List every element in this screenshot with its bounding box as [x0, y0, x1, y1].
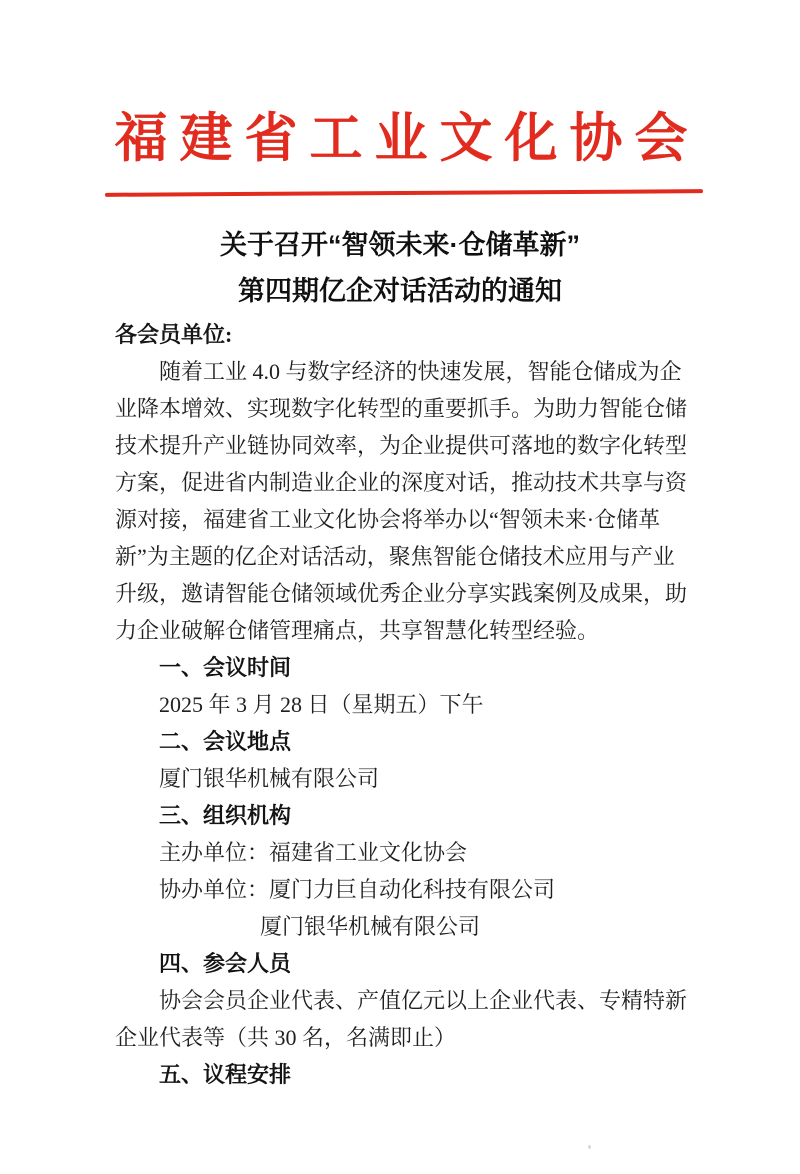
- heading-meeting-venue: 二、会议地点: [115, 723, 695, 760]
- paragraph-line: 升级，邀请智能仓储领域优秀企业分享实践案例及成果，助: [115, 575, 695, 612]
- paragraph-line: 方案，促进省内制造业企业的深度对话，推动技术共享与资: [115, 464, 695, 501]
- co-organizer-second-line: 厦门银华机械有限公司: [115, 908, 695, 945]
- paragraph-line: 随着工业 4.0 与数字经济的快速发展，智能仓储成为企: [115, 353, 695, 390]
- organizer-line: 主办单位：福建省工业文化协会: [115, 834, 695, 871]
- heading-organization: 三、组织机构: [115, 797, 695, 834]
- paragraph-line: 新”为主题的亿企对话活动，聚焦智能仓储技术应用与产业: [115, 538, 695, 575]
- letterhead-rule: [105, 189, 703, 197]
- heading-meeting-time: 一、会议时间: [115, 649, 695, 686]
- meeting-time-value: 2025 年 3 月 28 日（星期五）下午: [115, 686, 695, 723]
- document-title-line1: 关于召开“智领未来·仓储革新”: [0, 222, 800, 268]
- document-title-line2: 第四期亿企对话活动的通知: [0, 268, 800, 314]
- heading-participants: 四、参会人员: [115, 945, 695, 982]
- participants-line: 企业代表等（共 30 名，名满即止）: [115, 1019, 695, 1056]
- co-organizer-line: 协办单位：厦门力巨自动化科技有限公司: [115, 871, 695, 908]
- paragraph-line: 技术提升产业链协同效率，为企业提供可落地的数字化转型: [115, 427, 695, 464]
- paragraph-line: 业降本增效、实现数字化转型的重要抓手。为助力智能仓储: [115, 390, 695, 427]
- document-body: 各会员单位: 随着工业 4.0 与数字经济的快速发展，智能仓储成为企 业降本增效…: [115, 316, 695, 1093]
- document-page: 福建省工业文化协会 关于召开“智领未来·仓储革新” 第四期亿企对话活动的通知 各…: [0, 0, 800, 1174]
- paragraph-line: 力企业破解仓储管理痛点，共享智慧化转型经验。: [115, 612, 695, 649]
- letterhead-org-name: 福建省工业文化协会: [0, 108, 800, 170]
- heading-agenda: 五、议程安排: [115, 1056, 695, 1093]
- paragraph-line: 源对接，福建省工业文化协会将举办以“智领未来·仓储革: [115, 501, 695, 538]
- meeting-venue-value: 厦门银华机械有限公司: [115, 760, 695, 797]
- scan-speck: [588, 1145, 591, 1149]
- salutation: 各会员单位:: [115, 316, 695, 353]
- document-title: 关于召开“智领未来·仓储革新” 第四期亿企对话活动的通知: [0, 222, 800, 314]
- participants-line: 协会会员企业代表、产值亿元以上企业代表、专精特新: [115, 982, 695, 1019]
